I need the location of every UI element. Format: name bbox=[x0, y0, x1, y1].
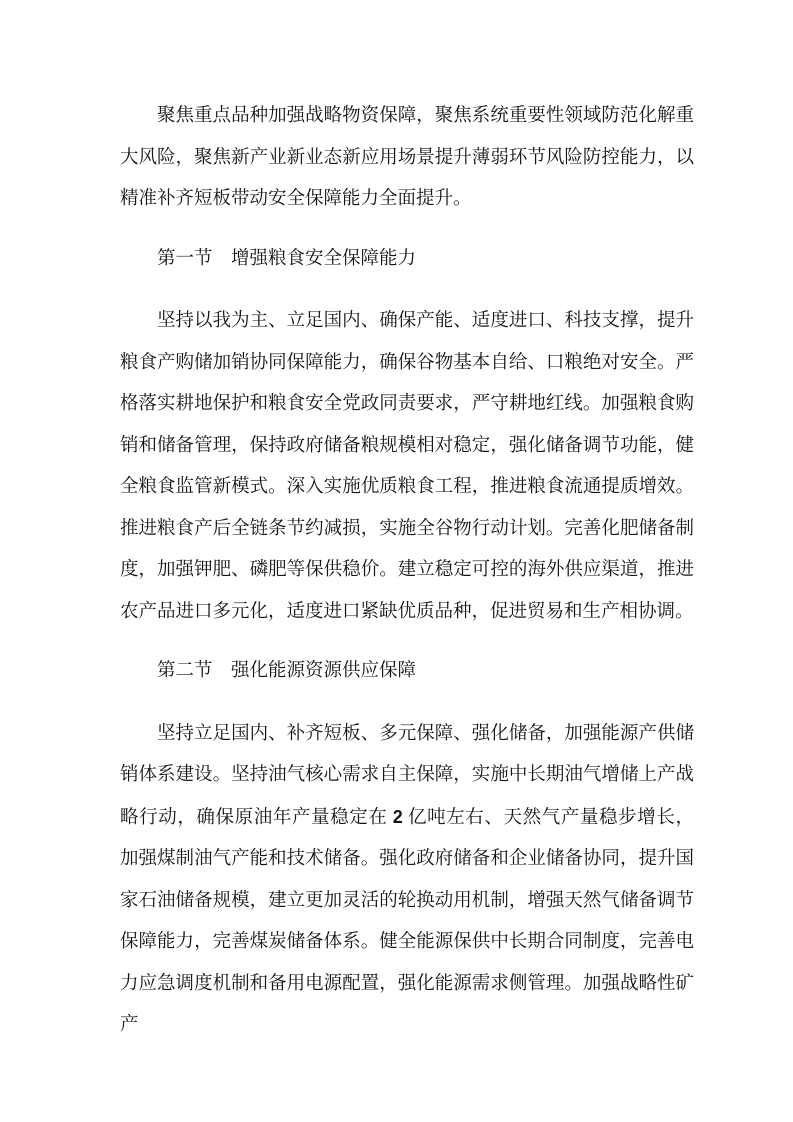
document-content: 聚焦重点品种加强战略物资保障，聚焦系统重要性领域防范化解重大风险，聚焦新产业新业… bbox=[0, 0, 793, 1047]
section-2-heading: 第二节 强化能源资源供应保障 bbox=[120, 651, 694, 693]
section-1-paragraph: 坚持以我为主、立足国内、确保产能、适度进口、科技支撑，提升粮食产购储加销协同保障… bbox=[120, 301, 694, 633]
section-1-heading: 第一节 增强粮食安全保障能力 bbox=[120, 239, 694, 281]
document-page: 聚焦重点品种加强战略物资保障，聚焦系统重要性领域防范化解重大风险，聚焦新产业新业… bbox=[0, 0, 793, 1122]
section-2-text-after-number: 亿吨左右、天然气产量稳步增长，加强煤制油气产能和技术储备。强化政府储备和企业储备… bbox=[120, 808, 694, 1036]
intro-paragraph: 聚焦重点品种加强战略物资保障，聚焦系统重要性领域防范化解重大风险，聚焦新产业新业… bbox=[120, 96, 694, 221]
section-2-paragraph: 坚持立足国内、补齐短板、多元保障、强化储备，加强能源产供储销体系建设。坚持油气核… bbox=[120, 714, 694, 1047]
crude-oil-output-figure: 2 bbox=[393, 807, 403, 827]
